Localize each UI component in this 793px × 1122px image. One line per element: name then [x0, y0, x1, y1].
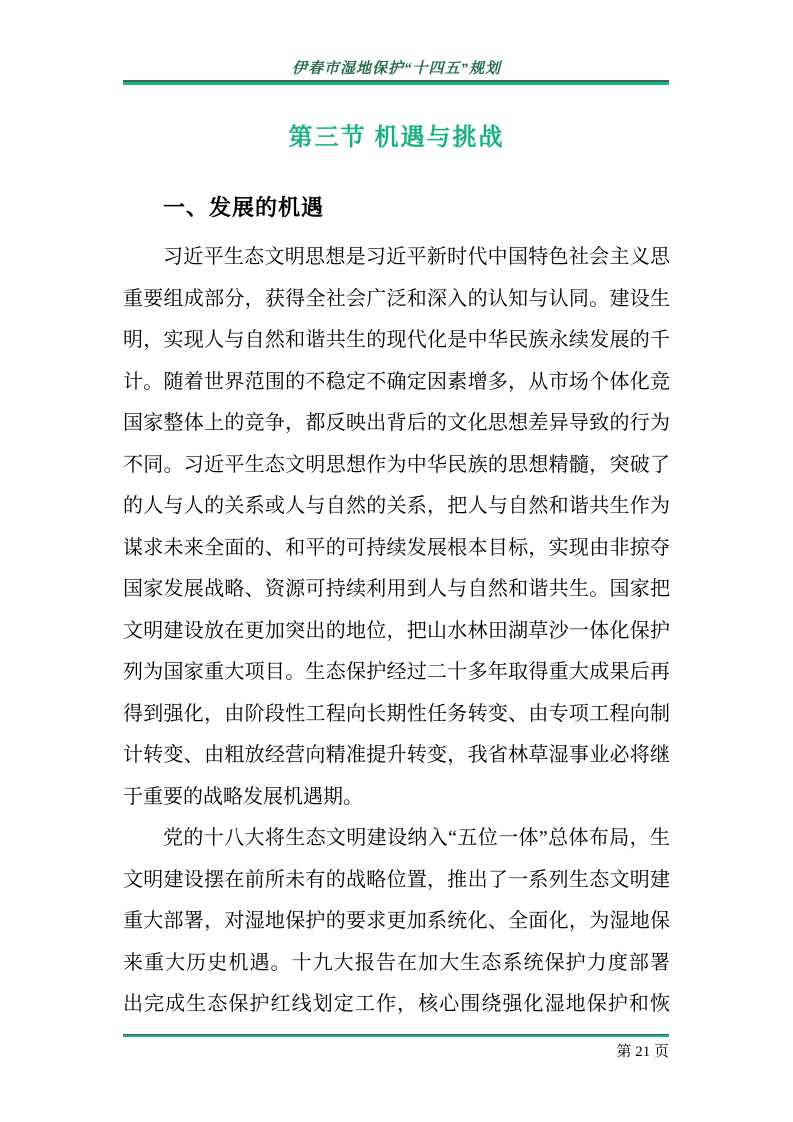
text-line: 重要组成部分，获得全社会广泛和深入的认知与认同。建设生态文 — [123, 279, 670, 321]
text-line: 的人与人的关系或人与自然的关系，把人与自然和谐共生作为我们 — [123, 486, 670, 528]
text-line: 国家整体上的竞争，都反映出背后的文化思想差异导致的行为标准 — [123, 403, 670, 445]
running-header-title: 伊春市湿地保护“十四五”规划 — [0, 57, 793, 78]
paragraph-1: 习近平生态文明思想是习近平新时代中国特色社会主义思想的 重要组成部分，获得全社会… — [123, 237, 670, 818]
text-line: 明，实现人与自然和谐共生的现代化是中华民族永续发展的千年大 — [123, 320, 670, 362]
text-line: 国家发展战略、资源可持续利用到人与自然和谐共生。国家把生态 — [123, 569, 670, 611]
header-rule — [123, 80, 669, 85]
text-line: 计转变、由粗放经营向精准提升转变，我省林草湿事业必将继续处 — [123, 735, 670, 777]
text-line: 党的十八大将生态文明建设纳入“五位一体”总体布局，生态 — [123, 818, 670, 860]
text-line: 出完成生态保护红线划定工作，核心围绕强化湿地保护和恢复，健 — [123, 984, 670, 1026]
text-line: 习近平生态文明思想是习近平新时代中国特色社会主义思想的 — [123, 237, 670, 279]
chapter-title: 第三节 机遇与挑战 — [0, 117, 793, 152]
text-line: 文明建设摆在前所未有的战略位置，推出了一系列生态文明建设的 — [123, 860, 670, 902]
footer-rule — [123, 1034, 669, 1037]
document-page: 伊春市湿地保护“十四五”规划 第三节 机遇与挑战 一、发展的机遇 习近平生态文明… — [0, 0, 793, 1122]
text-line: 来重大历史机遇。十九大报告在加大生态系统保护力度部署中，提 — [123, 943, 670, 985]
text-line: 不同。习近平生态文明思想作为中华民族的思想精髓，突破了单一 — [123, 445, 670, 487]
page-number: 第 21 页 — [123, 1040, 669, 1061]
text-line: 计。随着世界范围的不稳定不确定因素增多，从市场个体化竞争到 — [123, 362, 670, 404]
text-line: 谋求未来全面的、和平的可持续发展根本目标，实现由非掠夺式的 — [123, 528, 670, 570]
section-heading: 一、发展的机遇 — [163, 191, 324, 222]
text-line: 重大部署，对湿地保护的要求更加系统化、全面化，为湿地保护带 — [123, 901, 670, 943]
text-line: 于重要的战略发展机遇期。 — [123, 777, 670, 819]
text-line: 得到强化，由阶段性工程向长期性任务转变、由专项工程向制度设 — [123, 694, 670, 736]
text-line: 列为国家重大项目。生态保护经过二十多年取得重大成果后再一次 — [123, 652, 670, 694]
paragraph-2: 党的十八大将生态文明建设纳入“五位一体”总体布局，生态 文明建设摆在前所未有的战… — [123, 818, 670, 1026]
text-line: 文明建设放在更加突出的地位，把山水林田湖草沙一体化保护修复 — [123, 611, 670, 653]
